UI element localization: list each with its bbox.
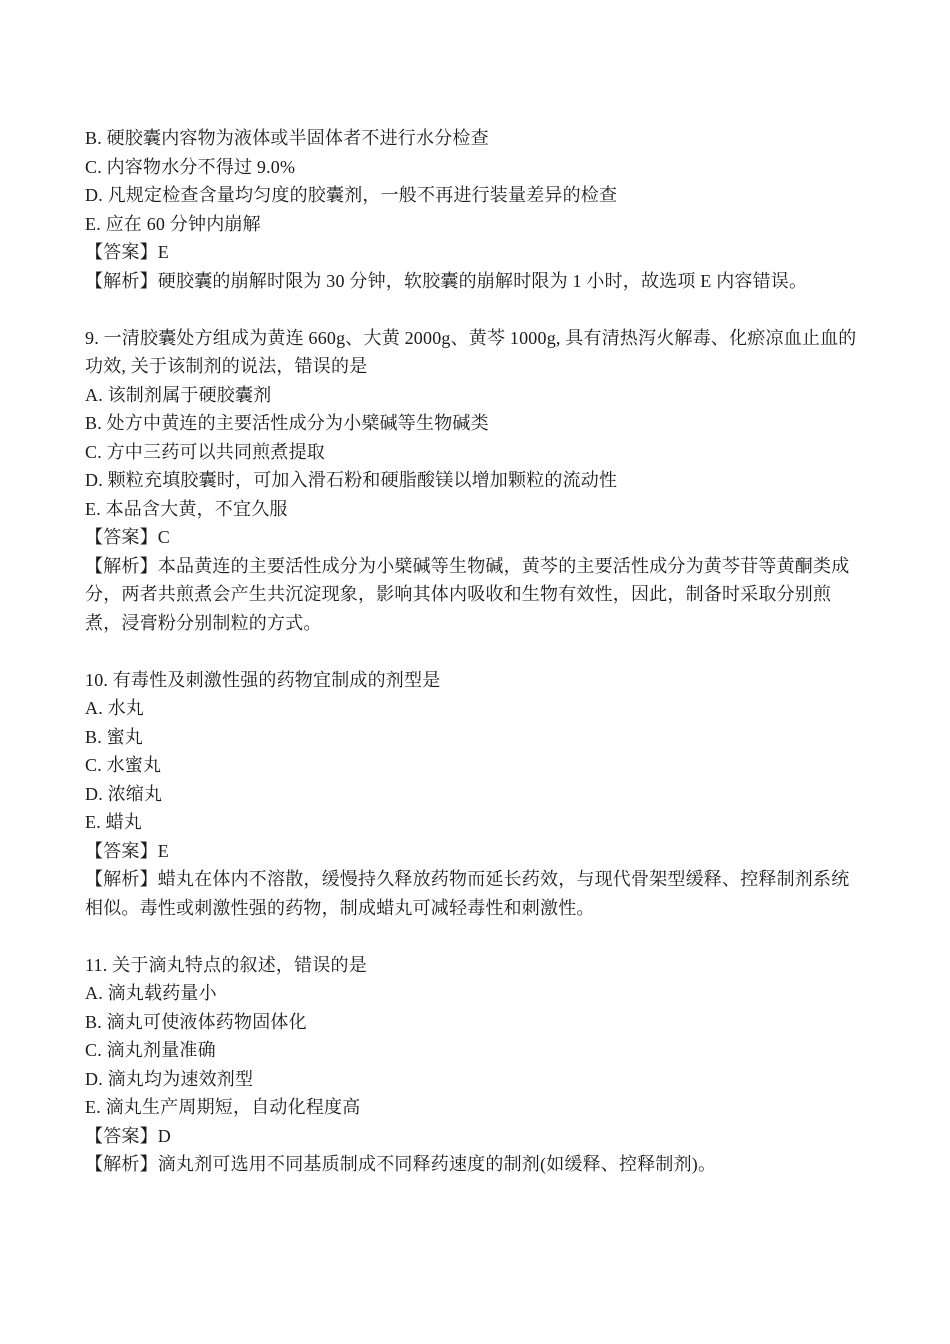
option-c-line: C. 方中三药可以共同煎煮提取	[85, 438, 892, 467]
option-a-line: A. 水丸	[85, 694, 892, 723]
option-a-line: A. 滴丸载药量小	[85, 979, 892, 1008]
answer-line: 【答案】E	[85, 238, 892, 267]
analysis-line: 【解析】硬胶囊的崩解时限为 30 分钟，软胶囊的崩解时限为 1 小时，故选项 E…	[85, 267, 892, 296]
option-c-line: C. 水蜜丸	[85, 751, 892, 780]
option-e-line: E. 应在 60 分钟内崩解	[85, 210, 892, 239]
option-e-line: E. 本品含大黄，不宜久服	[85, 495, 892, 524]
option-b-line: B. 蜜丸	[85, 723, 892, 752]
question-9-block: 9. 一清胶囊处方组成为黄连 660g、大黄 2000g、黄芩 1000g, 具…	[85, 324, 892, 638]
analysis-line-2: 分，两者共煎煮会产生共沉淀现象，影响其体内吸收和生物有效性，因此，制备时采取分别…	[85, 580, 892, 609]
answer-line: 【答案】E	[85, 837, 892, 866]
question-stem-line: 10. 有毒性及刺激性强的药物宜制成的剂型是	[85, 666, 892, 695]
option-c-line: C. 内容物水分不得过 9.0%	[85, 153, 892, 182]
option-d-line: D. 浓缩丸	[85, 780, 892, 809]
option-e-line: E. 滴丸生产周期短，自动化程度高	[85, 1093, 892, 1122]
question-stem-line-1: 9. 一清胶囊处方组成为黄连 660g、大黄 2000g、黄芩 1000g, 具…	[85, 324, 892, 353]
document-page: B. 硬胶囊内容物为液体或半固体者不进行水分检查C. 内容物水分不得过 9.0%…	[0, 0, 950, 1344]
option-d-line: D. 滴丸均为速效剂型	[85, 1065, 892, 1094]
option-b-line: B. 处方中黄连的主要活性成分为小檗碱等生物碱类	[85, 409, 892, 438]
analysis-line-3: 煮，浸膏粉分别制粒的方式。	[85, 609, 892, 638]
document-content: B. 硬胶囊内容物为液体或半固体者不进行水分检查C. 内容物水分不得过 9.0%…	[85, 124, 892, 1179]
answer-line: 【答案】D	[85, 1122, 892, 1151]
option-e-line: E. 蜡丸	[85, 808, 892, 837]
question-11-block: 11. 关于滴丸特点的叙述，错误的是A. 滴丸载药量小B. 滴丸可使液体药物固体…	[85, 951, 892, 1179]
option-b-line: B. 滴丸可使液体药物固体化	[85, 1008, 892, 1037]
option-a-line: A. 该制剂属于硬胶囊剂	[85, 381, 892, 410]
analysis-line-1: 【解析】滴丸剂可选用不同基质制成不同释药速度的制剂(如缓释、控释制剂)。	[85, 1150, 892, 1179]
option-d-line: D. 凡规定检查含量均匀度的胶囊剂，一般不再进行装量差异的检查	[85, 181, 892, 210]
question-stem-line-2: 功效, 关于该制剂的说法，错误的是	[85, 352, 892, 381]
analysis-line-1: 【解析】蜡丸在体内不溶散，缓慢持久释放药物而延长药效，与现代骨架型缓释、控释制剂…	[85, 865, 892, 894]
question-stem-line: 11. 关于滴丸特点的叙述，错误的是	[85, 951, 892, 980]
option-c-line: C. 滴丸剂量准确	[85, 1036, 892, 1065]
question-10-block: 10. 有毒性及刺激性强的药物宜制成的剂型是A. 水丸B. 蜜丸C. 水蜜丸D.…	[85, 666, 892, 923]
analysis-line-1: 【解析】本品黄连的主要活性成分为小檗碱等生物碱，黄芩的主要活性成分为黄芩苷等黄酮…	[85, 552, 892, 581]
option-b-line: B. 硬胶囊内容物为液体或半固体者不进行水分检查	[85, 124, 892, 153]
option-d-line: D. 颗粒充填胶囊时，可加入滑石粉和硬脂酸镁以增加颗粒的流动性	[85, 466, 892, 495]
answer-line: 【答案】C	[85, 523, 892, 552]
analysis-line-2: 相似。毒性或刺激性强的药物，制成蜡丸可减轻毒性和刺激性。	[85, 894, 892, 923]
question-8-block: B. 硬胶囊内容物为液体或半固体者不进行水分检查C. 内容物水分不得过 9.0%…	[85, 124, 892, 295]
